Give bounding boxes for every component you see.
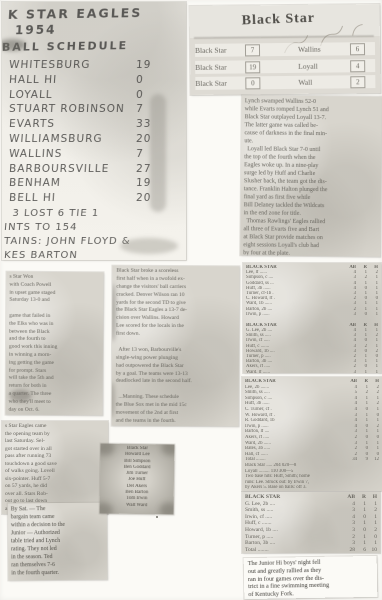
team-name: Black Star	[195, 62, 245, 72]
score-value: 7	[245, 44, 260, 56]
table-row: Smith, ss .....312	[245, 507, 377, 514]
ink-dot	[156, 516, 158, 518]
cell-name: BELL HI	[8, 191, 136, 206]
text-line: had outpowered the Black Star	[116, 362, 235, 371]
text-line: last Saturday. Sel-	[5, 438, 105, 446]
cell-value: 1	[366, 540, 377, 547]
cell-value: 1	[366, 501, 377, 508]
score-value: 2	[350, 76, 365, 88]
cell-value: 3	[344, 540, 355, 547]
clipping-text: By Sat. — Thebargain team camewithin a d…	[11, 505, 105, 578]
paper-stain	[10, 390, 32, 402]
cell-name: EVARTS	[8, 117, 136, 132]
cell-value: 1	[367, 370, 378, 373]
text-line: on 57 yards, he did	[5, 483, 105, 491]
cell-value: 2	[344, 534, 355, 541]
cell-value: 4	[344, 501, 355, 508]
cell-value: 1	[366, 520, 377, 527]
innings-score-lines: Black Star ..... 204 020—8Loyall .......…	[245, 463, 379, 474]
paper-stain	[159, 502, 174, 514]
cell-value: 1	[355, 534, 366, 541]
text-line: day on Oct. 6.	[9, 406, 100, 414]
text-line: of Kentucky Fork.	[248, 589, 373, 599]
table-row: WHITESBURG19	[8, 58, 174, 73]
table-row: Turner, p .....210	[245, 534, 377, 541]
text-line: touchdown a good save	[5, 461, 105, 469]
middle-article-clipping: Black Star broke a scorelessfirst half w…	[112, 266, 240, 427]
cell-value: 4	[344, 514, 355, 521]
cell-value: AB	[344, 494, 355, 501]
score-value: 0	[245, 77, 260, 89]
text-line: over all. Stars Rob-	[5, 491, 105, 499]
score-row: Black Star 0 Wall 2	[195, 75, 375, 90]
cell-name: Smith, ss .....	[245, 507, 344, 514]
left-clipping-1: s Star Wonwith Coach Powellin upset game…	[6, 272, 104, 416]
text-line: got started over in all	[5, 446, 105, 454]
dark-note-text: The Junior Hi boys' night fellout and gr…	[248, 558, 374, 599]
cell-value: 2	[366, 507, 377, 514]
cell-value: 1	[355, 540, 366, 547]
text-line: in the fourth quarter.	[11, 569, 104, 578]
table-row: Ward, lf ......311	[246, 370, 378, 373]
cell-name: Howard, 1b ....	[245, 527, 344, 534]
stats-table-rows: Lee, 2b .......412Smith, ss .....522Simp…	[245, 385, 379, 458]
cell-name: G. Lee, 2b ....	[245, 501, 344, 508]
cell-value: 0	[356, 312, 367, 317]
cell-value: 3	[345, 370, 356, 373]
article-text: Black Star broke a scorelessfirst half w…	[116, 268, 236, 426]
text-line: single-wing power plunging	[116, 354, 235, 363]
article-text: Lynch swamped Wallins 52-0while Evarts r…	[243, 97, 379, 256]
text-line: cracked. Denver Wilson ran 10	[116, 291, 235, 300]
cell-name: Barton, 3b ....	[245, 540, 344, 547]
cell-name: HALL HI	[8, 73, 136, 88]
cell-name: Irwin, cf .....	[245, 514, 344, 521]
text-line: by four at the plate.	[243, 249, 377, 256]
score-clipping: Black Star Black Star 7 Wallins 6 Black …	[190, 4, 381, 95]
score-value: 19	[245, 61, 260, 73]
handwritten-schedule: K STAR EAGLES 1954 BALL SCHEDULE WHITESB…	[2, 2, 186, 260]
cell-name: BENHAM	[8, 176, 136, 191]
table-row: BLACK STARABRH	[245, 494, 377, 501]
scrapbook-page: K STAR EAGLES 1954 BALL SCHEDULE WHITESB…	[0, 0, 382, 600]
cell-value: H	[366, 494, 377, 501]
text-line: six-pointer. Huff 5-7	[5, 476, 105, 484]
paper-stain	[120, 238, 178, 254]
cell-name: Turner, p .....	[245, 534, 344, 541]
cell-value: 3	[344, 527, 355, 534]
cell-name: LOYALL	[8, 88, 136, 103]
table-row: G. Lee, 2b ....411	[245, 501, 377, 508]
score-row: Black Star 7 Wallins 6	[195, 42, 375, 57]
team-name: Black Star	[195, 45, 245, 55]
cell-name: WHITESBURG	[8, 58, 136, 73]
small-table-total: Total ........28610	[245, 547, 377, 553]
cell-value: 6	[355, 547, 366, 553]
text-line: change the visitors' ball carriers	[116, 283, 235, 292]
cell-value: 9	[357, 457, 368, 463]
team-name: Black Star	[195, 78, 245, 88]
cell-name: Ward, lf ......	[246, 370, 345, 373]
score-row: Black Star 19 Loyall 4	[195, 59, 375, 74]
cell-value: 28	[344, 547, 355, 553]
text-line: deadlocked late in the second half.	[116, 378, 235, 387]
cell-value: 3	[345, 312, 356, 317]
text-line: cause of darkness in the final min-	[244, 129, 378, 138]
box-score-rows: Lee, lf ......412Simpson, c ....321Godda…	[246, 270, 378, 317]
cell-value: 0	[355, 527, 366, 534]
cell-name: Total ........	[245, 547, 344, 553]
table-row: Huff, c .......311	[245, 520, 377, 527]
text-line: INTS TO 154	[3, 221, 180, 235]
text-line: pass after running 73	[5, 453, 105, 461]
cell-value: 1	[356, 370, 367, 373]
table-row: Barton, 3b ....311	[245, 540, 377, 547]
cell-value: R	[355, 494, 366, 501]
cell-name: STUART ROBINSON	[8, 102, 136, 117]
left-clipping-2: s Star Eagles camethe opening team bylas…	[2, 421, 108, 514]
cell-name: WILLIAMSBURG	[8, 132, 136, 147]
cell-value: 12	[368, 457, 379, 463]
small-table-rows: G. Lee, 2b ....411Smith, ss .....312Irwi…	[245, 501, 377, 547]
table-row: Howard, 1b ....302	[245, 527, 377, 534]
text-line: the opening team by	[5, 431, 105, 439]
table-row: Irwin, p ......301	[246, 312, 378, 317]
cell-name: Irwin, p ......	[246, 312, 345, 317]
clipping-text: s Star Eagles camethe opening team bylas…	[5, 423, 105, 513]
cell-name: Huff, c .......	[245, 520, 344, 527]
table-row: Total ........28610	[245, 547, 377, 553]
paper-stain	[112, 382, 115, 418]
team-name: Loyall	[298, 61, 350, 71]
cell-value: 3	[344, 520, 355, 527]
text-line: by Akers 5. Base on balls: off 3.	[245, 485, 379, 491]
cell-value: 1	[355, 501, 366, 508]
dark-note-clipping: The Junior Hi boys' night fellout and gr…	[244, 556, 378, 599]
left-clipping-3: By Sat. — Thebargain team camewithin a d…	[8, 503, 108, 581]
news-article-clipping: Lynch swamped Wallins 52-0while Evarts r…	[240, 95, 382, 256]
box-score-clipping: BLACK STARABRH Lee, lf ......412Simpson,…	[243, 263, 381, 373]
small-table-header: BLACK STARABRH	[245, 494, 377, 501]
paper-stain	[150, 94, 166, 212]
cell-value: 10	[366, 547, 377, 553]
cell-name: WALLINS	[8, 147, 136, 162]
cell-value: 2	[366, 527, 377, 534]
table-row: HALL HI0	[8, 73, 174, 88]
lineup-card-clipping: Black StarHoward LeeBill SimpsonBen Godd…	[100, 443, 175, 514]
schedule-title-line2: 1954	[15, 23, 57, 38]
cell-value: 3	[344, 507, 355, 514]
cell-value: 1	[367, 312, 378, 317]
cell-value: 1	[366, 514, 377, 521]
cell-value: 0	[135, 73, 174, 88]
team-name: Wallins	[298, 44, 350, 54]
schedule-title-line1: K STAR EAGLES	[8, 5, 143, 22]
cell-name: BLACK STAR	[245, 494, 344, 501]
cell-value: 34	[346, 457, 357, 463]
stats-table-clipping: BLACK STARABRH Lee, 2b .......412Smith, …	[242, 377, 382, 491]
small-box-score-clipping: BLACK STARABRH G. Lee, 2b ....411Smith, …	[242, 492, 380, 553]
table-row: Irwin, cf .....401	[245, 514, 377, 521]
score-value: 6	[350, 43, 365, 55]
text-line: of walks going. Lovell	[5, 468, 105, 476]
stats-caption: Two base hits: Huff, Smith; homeruns: Le…	[245, 474, 379, 491]
cell-value: 0	[366, 534, 377, 541]
team-name: Wall	[298, 77, 350, 87]
cell-value: 19	[135, 58, 174, 73]
score-value: 4	[350, 60, 365, 72]
text-line: and the teams in the fourth.	[116, 418, 235, 427]
cell-value: 0	[355, 514, 366, 521]
cell-value: 1	[355, 507, 366, 514]
text-line: s Star Eagles came	[5, 423, 105, 431]
cell-value: 1	[355, 520, 366, 527]
box-score-rows: G. Lee, 2b ....411Smith, ss .....312Irwi…	[246, 328, 378, 373]
cell-name: BARBOURSVILLE	[8, 162, 136, 177]
